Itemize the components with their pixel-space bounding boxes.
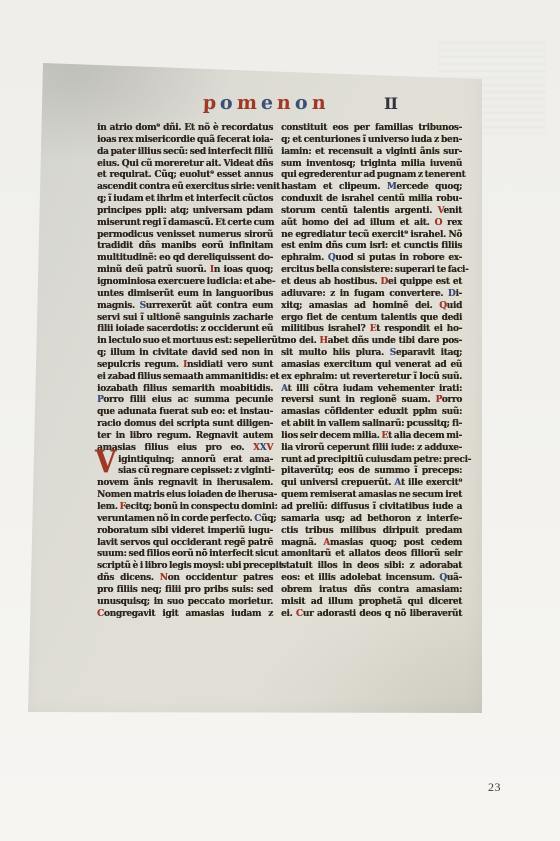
text-line: magnis. Surrexerũt aũt contra eum: [97, 301, 273, 313]
text-line: principes ppli: atq; universam pdam: [97, 206, 273, 218]
text-line: untes dimiserũt eum in languoribus: [97, 289, 273, 301]
text-line: in atrio dom⁹ dñi. Et nõ è recordatus: [97, 123, 273, 135]
running-title: pomenon: [203, 91, 330, 115]
text-line: militibus israhel? Et respondit ei ho-: [281, 324, 462, 336]
text-line: Congregavit igit amasias iudam z: [97, 609, 273, 621]
text-line: aũt homo dei ad illum et ait. O rex: [281, 218, 462, 230]
text-line: ter in libro regum. Regnavit autem: [97, 431, 273, 443]
text-line: servi sui ĩ ultionẽ sanguinis zacharie: [97, 313, 273, 325]
text-line: da pater illius secũ: sed interfecit fil…: [97, 147, 273, 159]
text-line: sias cũ regnare cepisset: z viginti-: [97, 466, 273, 478]
text-line: scriptũ è i libro legis moysi: ubi prece…: [97, 561, 273, 573]
manuscript-page: pomenon II in atrio dom⁹ dñi. Et nõ è re…: [40, 58, 482, 714]
text-line: amasias cõfidenter eduxit pplm suũ:: [281, 407, 462, 419]
text-line: ioas rex misericordie quã fecerat ioia-: [97, 135, 273, 147]
text-line: runt ad precipitiũ cuiusdam petre: preci…: [281, 455, 462, 467]
running-title-letter: n: [311, 91, 330, 115]
text-line: quem remiserat amasias ne secum iret: [281, 490, 462, 502]
text-line: filii ioiade sacerdotis: z occiderunt eũ: [97, 324, 273, 336]
text-line: sit multo hiis plura. Separavit itaq;: [281, 348, 462, 360]
text-line: sum inventosq; triginta milia iuvenũ: [281, 159, 462, 171]
text-line: iamin: et recensuit a viginti ãnis sur-: [281, 147, 462, 159]
text-line: et deus ab hostibus. Dei quippe est et: [281, 277, 462, 289]
text-line: roboratum sibi videret imperiũ iugu-: [97, 526, 273, 538]
running-title-letter: o: [220, 91, 238, 115]
text-line: lem. Fecitq; bonũ in conspectu domini:: [97, 502, 273, 514]
text-line: multitudinẽ: eo qd dereliquissent do-: [97, 253, 273, 265]
running-title-letter: n: [277, 91, 296, 115]
text-line: in lectulo suo et mortuus est: sepelierũ…: [97, 336, 273, 348]
text-line: que adunata fuerat sub eo: et instau-: [97, 407, 273, 419]
text-line: ctis tribus milibus diripuit predam: [281, 526, 462, 538]
text-line: ercitus bella consistere: superari te fa…: [281, 265, 462, 277]
text-line: ad preliũ: diffusus ĩ civitatibus iude a: [281, 502, 462, 514]
text-line: eius. Qui cũ moreretur ait. Videat dñs: [97, 159, 273, 171]
text-line: ex ephraim: ut reverteretur ĩ locũ suũ.: [281, 372, 462, 384]
text-column-left: in atrio dom⁹ dñi. Et nõ è recordatusioa…: [97, 123, 273, 620]
text-line: statuit illos in deos sibi: z adorabat: [281, 561, 462, 573]
folio-numeral: II: [384, 94, 397, 114]
text-line: pro filiis neq; filii pro pribs suis: se…: [97, 585, 273, 597]
text-line: samaria usq; ad bethoron z interfe-: [281, 514, 462, 526]
text-line: amasias filius eius pro eo. XXV: [97, 443, 273, 455]
text-line: ascendit contra eũ exercitus sirie: veni…: [97, 182, 273, 194]
text-line: conduxit de israhel centũ milia robu-: [281, 194, 462, 206]
text-line: suum: sed filios eorũ nõ interfecit sicu…: [97, 549, 273, 561]
text-line: igintiquinq; annorũ erat ama-: [97, 455, 273, 467]
text-line: lia virorũ ceperunt filii iude: z adduxe…: [281, 443, 462, 455]
text-line: storum centũ talentis argenti. Venit: [281, 206, 462, 218]
text-line: q; illum in civitate david sed non in: [97, 348, 273, 360]
text-line: reversi sunt in regionẽ suam. Porro: [281, 395, 462, 407]
text-line: eos: et illis adolebat incensum. Quã-: [281, 573, 462, 585]
text-line: pitaverũtq; eos de summo ĩ preceps:: [281, 466, 462, 478]
text-line: veruntamen nõ in corde perfecto. Cũq;: [97, 514, 273, 526]
text-line: lavit servos qui occiderant regẽ patrẽ: [97, 538, 273, 550]
running-title-letter: p: [203, 91, 221, 115]
text-line: qui universi crepuerũt. At ille exercit⁹: [281, 478, 462, 490]
text-line: dñs dicens. Non occidentur patres: [97, 573, 273, 585]
text-column-right: constituit eos per familias tribunos-q; …: [281, 123, 462, 620]
text-line: miserunt regi ĩ damascũ. Et certe cum: [97, 218, 273, 230]
text-line: misit ad illum prophetã qui diceret: [281, 597, 462, 609]
text-line: ei zabad filius semaath ammanitidis: et: [97, 372, 273, 384]
text-line: adiuvare: z in fugam convertere. Di-: [281, 289, 462, 301]
text-line: ephraim. Quod si putas in robore ex-: [281, 253, 462, 265]
text-line: magnã. Amasias quoq; post cedem: [281, 538, 462, 550]
text-line: ne egrediatur tecũ exercit⁹ israhel. Nõ: [281, 230, 462, 242]
text-line: ergo fiet de centum talentis que dedi: [281, 313, 462, 325]
page-number: 23: [488, 780, 501, 794]
text-line: q; et centuriones ĩ universo iuda z ben-: [281, 135, 462, 147]
text-line: hastam et clipeum. Mercede quoq;: [281, 182, 462, 194]
text-line: amonitarũ et allatos deos filiorũ seir: [281, 549, 462, 561]
text-line: qui egrederentur ad pugnam z tenerent: [281, 170, 462, 182]
text-line: At illi cõtra iudam vehementer irati:: [281, 384, 462, 396]
text-line: sepulcris regum. Insidiati vero sunt: [97, 360, 273, 372]
text-line: est enim dñs cum isrl: et cunctis filiis: [281, 241, 462, 253]
text-line: tradidit dñs manibs eorũ infinitam: [97, 241, 273, 253]
text-line: et abiit in vallem salinarũ: pcussitq; f…: [281, 419, 462, 431]
text-line: amasias exercitum qui venerat ad eũ: [281, 360, 462, 372]
text-line: ei. Cur adorasti deos q nõ liberaverũt: [281, 609, 462, 621]
text-line: et requirat. Cũq; euolut⁹ esset annus: [97, 170, 273, 182]
running-title-letter: m: [237, 91, 262, 115]
text-line: Nomen matris eius ioiaden de iherusa-: [97, 490, 273, 502]
text-line: xitq; amasias ad hominẽ dei. Quid: [281, 301, 462, 313]
text-line: racio domus dei scripta sunt diligen-: [97, 419, 273, 431]
text-line: unusquisq; in suo peccato morietur.: [97, 597, 273, 609]
text-line: novem ãnis regnavit in iherusalem.: [97, 478, 273, 490]
running-title-letter: e: [261, 91, 278, 115]
text-line: lios seir decem milia. Et alia decem mi-: [281, 431, 462, 443]
text-line: obrem iratus dñs contra amasiam:: [281, 585, 462, 597]
text-line: constituit eos per familias tribunos-: [281, 123, 462, 135]
text-line: ignominiosa exercuere iudicia: et abe-: [97, 277, 273, 289]
text-line: Porro filii eius ac summa pecunie: [97, 395, 273, 407]
text-line: permodicus venisset numerus sirorũ: [97, 230, 273, 242]
text-line: mo dei. Habet dñs unde tibi dare pos-: [281, 336, 462, 348]
text-line: minũ deũ patrũ suorũ. In ioas quoq;: [97, 265, 273, 277]
running-title-letter: o: [295, 91, 313, 115]
chapter-initial: V: [95, 448, 116, 478]
text-line: q; ĩ iudam et ihrlm et interfecit cũctos: [97, 194, 273, 206]
text-line: iozabath filius semarith moabitidis.: [97, 384, 273, 396]
